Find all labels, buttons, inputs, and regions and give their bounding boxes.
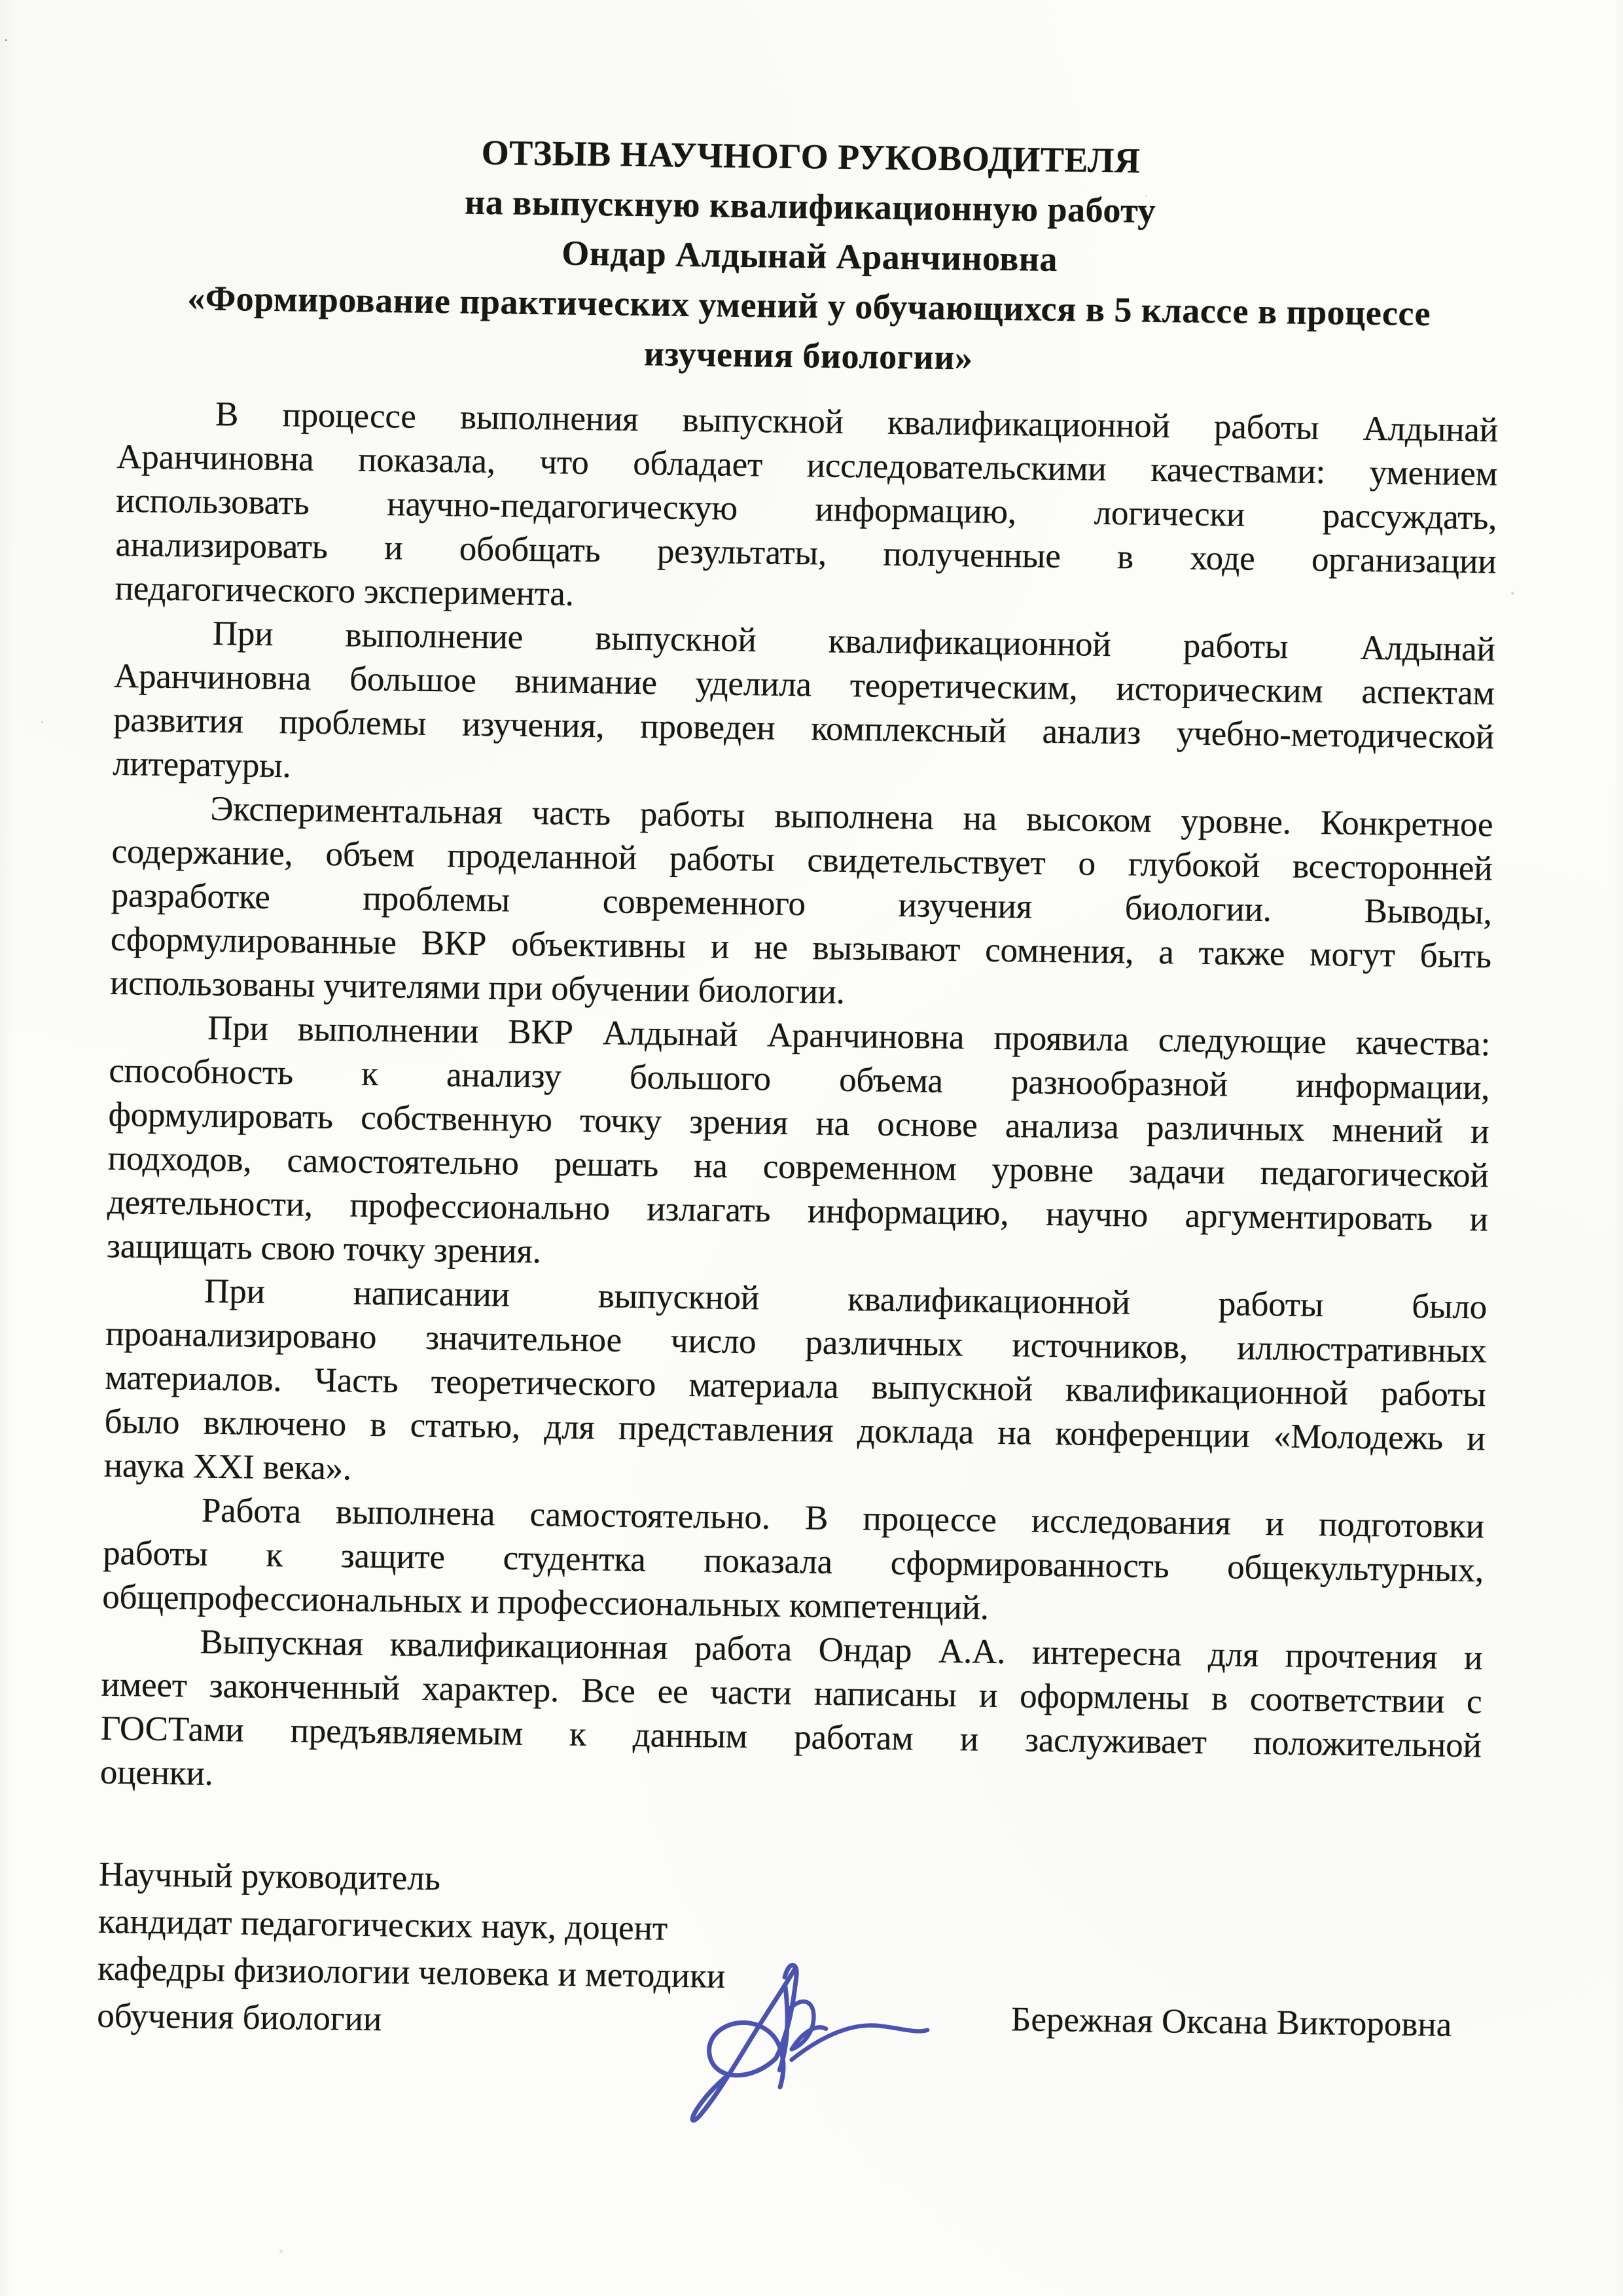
- paragraph: Экспериментальная часть работы выполнена…: [110, 786, 1493, 1022]
- paragraph: При написании выпускной квалификационной…: [103, 1268, 1487, 1505]
- paragraph: При выполнение выпускной квалификационно…: [113, 611, 1495, 803]
- document-title-block: ОТЗЫВ НАУЧНОГО РУКОВОДИТЕЛЯ на выпускную…: [118, 123, 1502, 389]
- document-content: ОТЗЫВ НАУЧНОГО РУКОВОДИТЕЛЯ на выпускную…: [97, 103, 1502, 2056]
- paragraph: Работа выполнена самостоятельно. В проце…: [102, 1488, 1484, 1636]
- signer-name: Бережная Оксана Викторовна: [1011, 1998, 1452, 2045]
- handwritten-signature-icon: [683, 1958, 935, 2139]
- paragraph: В процессе выполнения выпускной квалифик…: [115, 391, 1498, 628]
- paragraph: При выполнении ВКР Алдынай Аранчиновна п…: [107, 1005, 1491, 1285]
- paragraph: Выпускная квалификационная работа Ондар …: [100, 1619, 1483, 1812]
- document-page: ОТЗЫВ НАУЧНОГО РУКОВОДИТЕЛЯ на выпускную…: [0, 0, 1623, 2296]
- scan-speckles: [5, 39, 7, 41]
- document-body: В процессе выполнения выпускной квалифик…: [100, 391, 1499, 1812]
